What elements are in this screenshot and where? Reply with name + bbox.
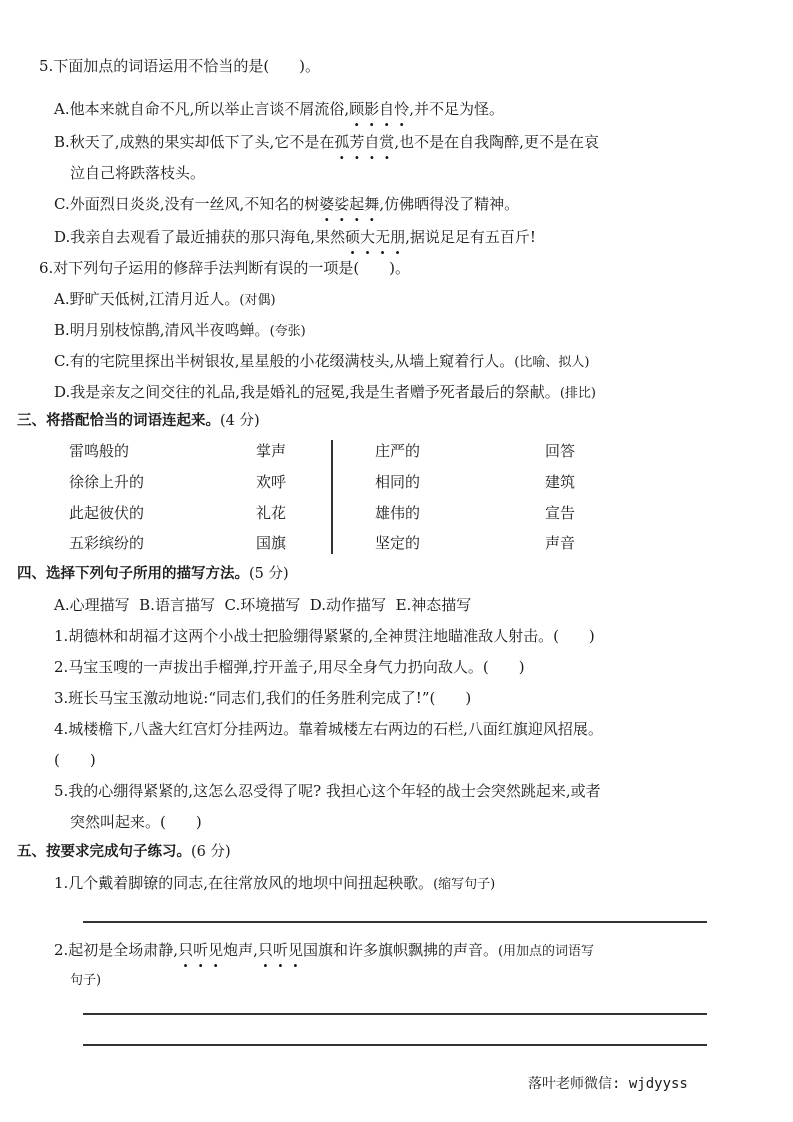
q5-option-b: B.秋天了,成熟的果实却低下了头,它不是在孤芳自赏,也不是在自我陶醉,更不是在哀 (54, 132, 599, 152)
match-left-b-0: 掌声 (256, 441, 286, 461)
dotted-char: 赏 (379, 132, 394, 152)
description-choices: A.心理描写 B.语言描写 C.环境描写 D.动作描写 E.神态描写 (54, 595, 471, 615)
footer-contact: 落叶老师微信: wjdyyss (528, 1073, 688, 1093)
match-left-a-1: 徐徐上升的 (69, 472, 144, 492)
choice-a: A.心理描写 (54, 596, 130, 614)
match-right-a-2: 雄伟的 (375, 503, 420, 523)
dotted-term: 孤芳自赏 (334, 133, 394, 151)
match-right-b-1: 建筑 (545, 472, 575, 492)
s4-item-2: 2.马宝玉嗖的一声拔出手榴弹,拧开盖子,用尽全身气力扔向敌人。( ) (54, 657, 525, 677)
s4-item-4-blank: ( ) (54, 750, 96, 770)
option-note: (对偶) (239, 293, 275, 308)
item-text: 国旗和许多旗帜飘拂的声音。 (303, 941, 498, 959)
option-text: ,并不足为怪。 (409, 100, 504, 118)
dotted-char: 硕 (345, 227, 360, 247)
match-left-b-3: 国旗 (256, 533, 286, 553)
s4-item-4: 4.城楼檐下,八盏大红宫灯分挂两边。靠着城楼左右两边的石栏,八面红旗迎风招展。 (54, 719, 603, 739)
column-divider (331, 440, 333, 554)
match-left-a-3: 五彩缤纷的 (69, 533, 144, 553)
s5-item-2: 2.起初是全场肃静,只听见炮声,只听见国旗和许多旗帜飘拂的声音。(用加点的词语写 (54, 940, 594, 962)
item-note: (缩写句子) (433, 877, 495, 892)
section-3-heading: 三、将搭配恰当的词语连起来。(4 分) (17, 411, 260, 431)
section-points: (4 分) (220, 413, 260, 429)
dotted-char: 娑 (334, 194, 349, 214)
option-text: D.我是亲友之间交往的礼品,我是婚礼的冠冕,我是生者赠予死者最后的祭献。 (54, 383, 560, 401)
s4-item-3: 3.班长马宝玉激动地说:“同志们,我们的任务胜利完成了!”( ) (54, 688, 471, 708)
choice-d: D.动作描写 (310, 596, 386, 614)
match-right-b-2: 宣告 (545, 503, 575, 523)
dotted-char: 自 (364, 132, 379, 152)
option-text: A.他本来就自命不凡,所以举止言谈不屑流俗, (54, 100, 349, 118)
q5-option-c: C.外面烈日炎炎,没有一丝风,不知名的树婆娑起舞,仿佛晒得没了精神。 (54, 194, 519, 214)
match-right-a-1: 相同的 (375, 472, 420, 492)
dotted-char: 只 (178, 940, 193, 960)
option-text: D.我亲自去观看了最近捕获的那只海龟,果然 (54, 228, 345, 246)
s4-item-5: 5.我的心绷得紧紧的,这怎么忍受得了呢? 我担心这个年轻的战士会突然跳起来,或者 (54, 781, 601, 801)
section-points: (5 分) (249, 566, 289, 582)
match-right-b-3: 声音 (545, 533, 575, 553)
option-text: C.外面烈日炎炎,没有一丝风,不知名的树 (54, 195, 319, 213)
section-4-heading: 四、选择下列句子所用的描写方法。(5 分) (17, 564, 289, 584)
q6-option-c: C.有的宅院里探出半树银妆,星星般的小花缀满枝头,从墙上窥着行人。(比喻、拟人) (54, 351, 589, 373)
dotted-char: 见 (288, 940, 303, 960)
dotted-term: 顾影自怜 (349, 100, 409, 118)
answer-line-2[interactable] (83, 1013, 707, 1015)
match-right-a-3: 坚定的 (375, 533, 420, 553)
dotted-char: 起 (349, 194, 364, 214)
dotted-char: 自 (379, 99, 394, 119)
answer-line-3[interactable] (83, 1044, 707, 1046)
q6-option-b: B.明月别枝惊鹊,清风半夜鸣蝉。(夸张) (54, 320, 306, 342)
q5-option-a: A.他本来就自命不凡,所以举止言谈不屑流俗,顾影自怜,并不足为怪。 (54, 99, 504, 119)
option-text: A.野旷天低树,江清月近人。 (54, 290, 239, 308)
option-note: (夸张) (270, 324, 306, 339)
option-text: ,也不是在自我陶醉,更不是在哀 (394, 133, 599, 151)
section-5-heading: 五、按要求完成句子练习。(6 分) (17, 842, 231, 862)
dotted-char: 朋 (390, 227, 405, 247)
choice-c: C.环境描写 (225, 596, 301, 614)
section-title: 四、选择下列句子所用的描写方法。 (17, 566, 249, 582)
match-left-b-2: 礼花 (256, 503, 286, 523)
s5-item-1: 1.几个戴着脚镣的同志,在往常放风的地坝中间扭起秧歌。(缩写句子) (54, 873, 495, 895)
option-note: (排比) (560, 386, 596, 401)
match-left-b-1: 欢呼 (256, 472, 286, 492)
match-left-a-2: 此起彼伏的 (69, 503, 144, 523)
choice-b: B.语言描写 (139, 596, 215, 614)
item-text: 2.起初是全场肃静, (54, 941, 178, 959)
option-text: ,据说足足有五百斤! (405, 228, 536, 246)
q5-option-d: D.我亲自去观看了最近捕获的那只海龟,果然硕大无朋,据说足足有五百斤! (54, 227, 536, 247)
section-points: (6 分) (191, 844, 231, 860)
dotted-char: 大 (360, 227, 375, 247)
q6-stem: 6.对下列句子运用的修辞手法判断有误的一项是( )。 (39, 258, 410, 278)
s4-item-5-cont: 突然叫起来。( ) (70, 812, 202, 832)
dotted-term: 硕大无朋 (345, 228, 405, 246)
match-left-a-0: 雷鸣般的 (69, 441, 129, 461)
dotted-char: 影 (364, 99, 379, 119)
section-title: 五、按要求完成句子练习。 (17, 844, 191, 860)
dotted-char: 顾 (349, 99, 364, 119)
dotted-char: 婆 (319, 194, 334, 214)
dotted-char: 芳 (349, 132, 364, 152)
dotted-term: 婆娑起舞 (319, 195, 379, 213)
section-title: 三、将搭配恰当的词语连起来。 (17, 413, 220, 429)
item-text: 炮声, (223, 941, 258, 959)
match-right-a-0: 庄严的 (375, 441, 420, 461)
answer-line-1[interactable] (83, 921, 707, 923)
match-right-b-0: 回答 (545, 441, 575, 461)
s5-item-2-note-cont: 句子) (70, 971, 101, 991)
option-note: (比喻、拟人) (514, 355, 589, 370)
choice-e: E.神态描写 (396, 596, 472, 614)
item-note: (用加点的词语写 (498, 944, 594, 959)
option-text: B.明月别枝惊鹊,清风半夜鸣蝉。 (54, 321, 270, 339)
dotted-term: 只听见 (178, 941, 223, 959)
dotted-char: 听 (193, 940, 208, 960)
dotted-char: 见 (208, 940, 223, 960)
q6-option-a: A.野旷天低树,江清月近人。(对偶) (54, 289, 276, 311)
dotted-term: 只听见 (258, 941, 303, 959)
dotted-char: 舞 (364, 194, 379, 214)
item-text: 1.几个戴着脚镣的同志,在往常放风的地坝中间扭起秧歌。 (54, 874, 433, 892)
q5-stem: 5.下面加点的词语运用不恰当的是( )。 (39, 56, 320, 76)
q5-option-b-cont: 泣自己将跌落枝头。 (70, 163, 205, 183)
dotted-char: 无 (375, 227, 390, 247)
option-text: C.有的宅院里探出半树银妆,星星般的小花缀满枝头,从墙上窥着行人。 (54, 352, 514, 370)
dotted-char: 听 (273, 940, 288, 960)
s4-item-1: 1.胡德林和胡福才这两个小战士把脸绷得紧紧的,全神贯注地瞄准敌人射击。( ) (54, 626, 595, 646)
option-text: ,仿佛晒得没了精神。 (379, 195, 519, 213)
q6-option-d: D.我是亲友之间交往的礼品,我是婚礼的冠冕,我是生者赠予死者最后的祭献。(排比) (54, 382, 596, 404)
dotted-char: 孤 (334, 132, 349, 152)
dotted-char: 怜 (394, 99, 409, 119)
dotted-char: 只 (258, 940, 273, 960)
option-text: B.秋天了,成熟的果实却低下了头,它不是在 (54, 133, 334, 151)
